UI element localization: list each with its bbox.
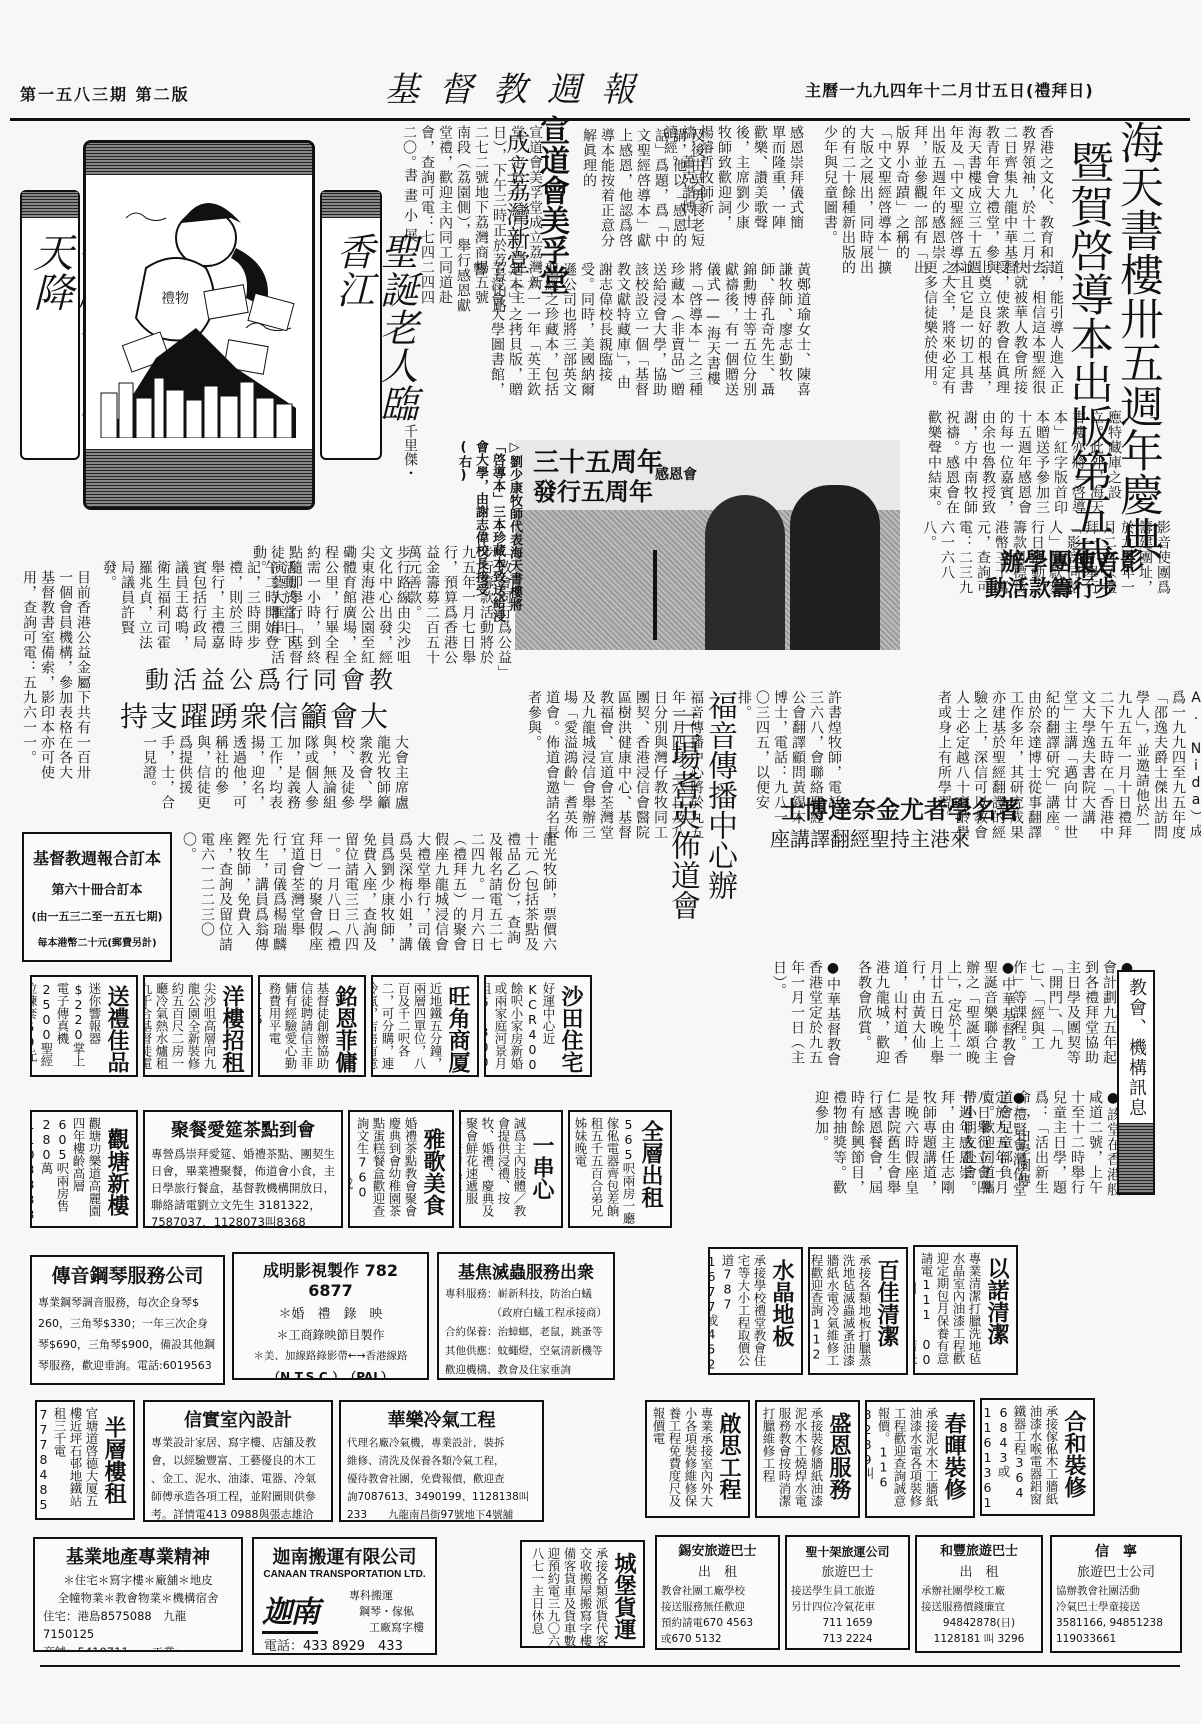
- bound-volume-ad: 基督教週報合訂本 第六十冊合訂本 (由一五三二至一五五七期) 每本港幣二十元(郵…: [22, 832, 172, 962]
- ad-title: 沙田住宅: [555, 985, 586, 1073]
- masthead: 第一五八三期 第二版 基督教週報 主曆一九九四年十二月廿五日(禮拜日): [0, 60, 1201, 120]
- ad-line: 師傅承造各項工程，並附圖則供參: [151, 1488, 325, 1506]
- ad-body: 專業清潔打臘洗地毡水晶室內油漆工程歡迎定期包月保養有意請電111 00 11叫2…: [913, 1252, 982, 1372]
- ad-title: 春暉裝修: [938, 1412, 969, 1500]
- ad-line: （N.T.S.C.） （PAL）: [240, 1367, 421, 1380]
- ad-yage[interactable]: 雅歌美食 婚禮茶點教會聚會慶典到會幼稚園茶點蛋糕餐盒歡迎查詢文生760 4839…: [348, 1110, 454, 1228]
- ad-canaan[interactable]: 迦南搬運有限公司 CANAAN TRANSPORTATION LTD. 迦南 專…: [252, 1537, 437, 1655]
- newspaper-title: 基督教週報: [385, 62, 655, 111]
- ad-half-floor[interactable]: 半層樓租 官塘道啓德大厦五樓近坪石邨地鐵站租三千電 7778485或490219…: [35, 1400, 135, 1520]
- ad-body: 觀塘功樂道高麗園四年樓齡高層605呎兩房售280萬1103333叫9669朱: [30, 1117, 102, 1225]
- ad-body: 承接傢俬木工牆紙油漆水喉電器鋁窗鐵器工程364 6843或 1161361—88…: [980, 1405, 1059, 1513]
- ad-catering[interactable]: 聚餐愛筵茶點到會 專營爲崇拜愛筵、婚禮茶點、團契生日會，畢業禮聚餐，佈道會小食，…: [143, 1110, 343, 1228]
- ad-hefeng-bus[interactable]: 和豐旅遊巴士 出 租 承辦社團學校工廠 接送服務價錢廉宜 94842878(日)…: [915, 1535, 1043, 1653]
- lead-col-c: 及後由吳勇長老短講，他以「感恩的話」爲題，爲「中文聖經啓導本」獻上感恩，他認爲啓…: [580, 128, 706, 248]
- ad-phone: 電話：433 8929 433 3177: [264, 1635, 435, 1655]
- church-news-label: 教會、機構訊息: [1121, 978, 1151, 1118]
- church-building-icon: [1119, 1123, 1153, 1193]
- ad-body: 承接泥水木工牆紙油漆水電各項裝修工程歡迎查詢誠意報價。116 8289叫8848…: [865, 1407, 939, 1515]
- ad-title: 基焦滅蟲服務出衆: [445, 1258, 607, 1283]
- ad-line: 3581166, 94851238: [1056, 1615, 1176, 1631]
- ad-pest[interactable]: 基焦滅蟲服務出衆 專科服務：嶄新科技，防治白蟻 （政府白蟻工程承接商） 合約保養…: [437, 1252, 615, 1380]
- ad-title: 信 寧: [1056, 1541, 1176, 1563]
- bottom-rule: [40, 1665, 1180, 1667]
- ad-title: 盛恩服務: [823, 1412, 854, 1500]
- ad-apartment[interactable]: 洋樓招租 尖沙咀高層向九龍公園全新裝修約五百尺二房一廳冷氣熱水爐租九千合基督徒電…: [143, 975, 253, 1077]
- ad-line: 1128181 叫 3296: [921, 1631, 1037, 1647]
- ad-title: 旺角商厦: [442, 985, 473, 1073]
- ad-line: 會，以經驗豐富、工藝優良的木工: [151, 1452, 325, 1470]
- ad-title: 華樂冷氣工程: [347, 1406, 536, 1432]
- charity-body-4: 目前香港公益金屬下共有一百卅一個會員機構，參加表格在各大基督教書室備索，影印本亦…: [20, 570, 92, 780]
- church-news-5: ●禮賢會灣仔堂定於九五年一月八日舉行立會四十週年感恩崇拜，由主任志剛牧師專題講道…: [812, 1090, 1028, 1200]
- ad-line: 專科服務：嶄新科技，防治白蟻: [445, 1285, 607, 1304]
- ad-line: 住宅：港島8575088 九龍7150125: [43, 1607, 233, 1643]
- ad-line: 琴服務，歡迎垂詢。電話:6019563: [38, 1355, 217, 1376]
- ad-line: 全幢物業＊教會物業＊機構宿舍: [43, 1589, 233, 1607]
- church-news-3: ●中華基督教會香港堂定於九五年一月一日（主日）。: [770, 960, 842, 1070]
- santa-illustration: 禮物: [86, 178, 312, 438]
- ad-gift[interactable]: 送禮佳品 迷你響報器$220掌上電子傳真機2500聖經拉鍊套59元起基督教書室代…: [30, 975, 138, 1077]
- charity-headline-2: 大會籲信衆踴躍支持: [120, 695, 390, 735]
- ad-title: 水晶地板: [766, 1259, 797, 1347]
- person-right: [790, 485, 880, 650]
- ad-flowers[interactable]: 一串心 誠爲主內肢體／教會提供浸禮、按牧、婚禮、慶典及聚會鮮花速遞服務。查詢熱線…: [459, 1110, 563, 1228]
- ad-line: 119033661: [1056, 1631, 1176, 1647]
- right-scroll: 聖誕老人臨香江: [320, 190, 382, 460]
- ad-line: 接送服務無任歡迎: [661, 1599, 774, 1615]
- ad-line: ＊婚 禮 錄 映: [240, 1304, 421, 1325]
- ad-line: 商舖：5410711 工業：7115237: [43, 1643, 233, 1652]
- ad-line: 或670 5132: [661, 1631, 774, 1647]
- ad-title: 合和裝修: [1058, 1410, 1089, 1498]
- ad-maid[interactable]: 銘恩菲傭 基督徒創辦協助信徒聘請信主菲傭有經驗愛心勤務費用平電116 8328叫…: [258, 975, 366, 1077]
- ad-service: 工廠寫字樓: [369, 1619, 424, 1635]
- church-news-2: ●中華基督教會聖誕音樂聯合主辦之「聖誕頌晚上」，定於十二月廿五日晚上舉行，由黃大…: [855, 960, 1017, 1070]
- ad-body: 承接各類地板打臘蒸洗地毡滅蟲滅蚤油漆牆紙水電冷氣維修工程歡迎查詢112 0231…: [808, 1254, 872, 1372]
- ad-title: 百佳清潔: [871, 1259, 902, 1347]
- nida-contact: 許書煌牧師，電話：三六八，會聯絡聖經公會翻譯顧問黃錫木博士，電話：九八一〇三四五…: [735, 690, 843, 830]
- ad-title: 基業地產專業精神: [43, 1543, 233, 1569]
- ad-title: 和豐旅遊巴士: [921, 1541, 1037, 1563]
- ad-body: 婚禮茶點教會聚會慶典到會幼稚園茶點蛋糕餐盒歡迎查詢文生760 4839或112 …: [348, 1117, 418, 1225]
- ad-aircon[interactable]: 華樂冷氣工程 代理名廠冷氣機，專業設計，裝拆 維修、清洗及保養各類冷氣工程， 優…: [339, 1400, 544, 1522]
- ad-body: 承接各類派貨代客交收搬屋搬寫字樓備客貨車及貨車數迎預約電三九〇六八七一主日休息: [529, 1547, 609, 1647]
- ad-title: 聖十架旅運公司: [791, 1541, 904, 1563]
- ad-subtitle: CANAAN TRANSPORTATION LTD.: [260, 1569, 429, 1580]
- ad-line: 代理名廠冷氣機，專業設計，裝拆: [347, 1434, 536, 1452]
- ad-hehe[interactable]: 合和裝修 承接傢俬木工牆紙油漆水喉電器鋁窗鐵器工程364 6843或 11613…: [980, 1398, 1095, 1516]
- ad-line: （政府白蟻工程承接商）: [445, 1304, 607, 1323]
- ad-title: 錫安旅遊巴士: [661, 1541, 774, 1563]
- photo-banner-text-3: 感恩會: [655, 464, 697, 484]
- ad-line: 專業鋼琴調音服務，每次企身琴$: [38, 1292, 217, 1313]
- ad-line: 接送服務價錢廉宜: [921, 1599, 1037, 1615]
- broadcast-headline-1: 福音傳播中心辦: [702, 690, 736, 900]
- ad-body: 專業承接室內外大小各項裝修維修保養工程免費度尺及報價電3510104/11283…: [645, 1407, 714, 1515]
- ad-realestate[interactable]: 基業地產專業精神 ＊住宅＊寫字樓＊廠舖＊地皮 全幢物業＊教會物業＊機構宿舍 住宅…: [33, 1537, 243, 1652]
- ad-castle-freight[interactable]: 城堡貨運 承接各類派貨代客交收搬屋搬寫字樓備客貨車及貨車數迎預約電三九〇六八七一…: [520, 1540, 645, 1648]
- ad-title: 銘恩菲傭: [329, 985, 360, 1073]
- ad-line: 另廿四位冷氣花車: [791, 1599, 904, 1615]
- ad-body: 官塘道啓德大厦五樓近坪石邨地鐵站租三千電 7778485或4902195馮洽: [35, 1407, 99, 1517]
- ad-title: 成明影視製作 782 6877: [240, 1258, 421, 1300]
- ad-body: 基督徒創辦協助信徒聘請信主菲傭有經驗愛心勤務費用平電116 8328叫1890張…: [258, 982, 330, 1074]
- bound-volume-price: 每本港幣二十元(郵費另計): [24, 934, 170, 949]
- canaan-logo: 迦南: [262, 1587, 318, 1634]
- ad-line: 出 租: [921, 1563, 1037, 1583]
- photo-banner-text-2: 發行五周年: [533, 472, 653, 507]
- ad-line: 出 租: [661, 1563, 774, 1583]
- ad-title: 觀塘新樓: [101, 1128, 132, 1216]
- issue-date: 主曆一九九四年十二月廿五日(禮拜日): [805, 78, 1094, 101]
- lead-col-e: 黃鄭道瑜女士、陳喜謙牧師、廖志勤牧師、薛孔奇先生、聶錦勳博士等五位分別獻禱後，有…: [470, 262, 812, 397]
- ceremony-photo: 三十五周年 發行五周年 感恩會: [515, 440, 900, 650]
- ad-line: 歡迎機構、教會及住家垂詢3709236: [445, 1361, 607, 1380]
- yingyin-body: 影音使團爲籌建團址，於九五年一月二日（禮拜一）舉行「影音同路人」籌款步行日活動，…: [920, 520, 1172, 605]
- ad-line: 旅遊巴士: [791, 1563, 904, 1583]
- cartoon-panel: 禮物: [83, 140, 315, 510]
- ad-body: 迷你響報器$220掌上電子傳真機2500聖經拉鍊套59元起基督教書室代售官塘閱覽…: [30, 982, 102, 1074]
- ad-crystal-floor[interactable]: 水晶地板 承接學校禮堂教會住宅等大小工程取價公道787 1677或452 320…: [708, 1247, 803, 1375]
- svg-text:禮物: 禮物: [161, 290, 189, 307]
- ad-shatin[interactable]: 沙田住宅 好運中心近KCR400餘呎小家房新婚或兩家庭河景月租6,300合意弟兄…: [484, 975, 592, 1077]
- ad-holy-cross-bus[interactable]: 聖十架旅運公司 旅遊巴士 接送學生員工旅遊 另廿四位冷氣花車 711 1659 …: [785, 1535, 910, 1650]
- ad-body: 承接學校禮堂教會住宅等大小工程取價公道787 1677或452 3201怡和水晶…: [708, 1254, 767, 1372]
- ad-title: 傳音鋼琴服務公司: [38, 1261, 217, 1288]
- ad-line: 233 九龍南昌街97號地下4號舖: [347, 1506, 536, 1522]
- bound-volume-range: (由一五三二至一五五七期): [24, 908, 170, 924]
- ad-line: ＊住宅＊寫字樓＊廠舖＊地皮: [43, 1571, 233, 1589]
- ad-body: 專營爲崇拜愛筵、婚禮茶點、團契生日會，畢業禮聚餐，佈道會小食，主日學旅行餐盒，基…: [151, 1146, 335, 1228]
- ad-interior-design[interactable]: 信實室內設計 專業設計家居、寫字樓、店舖及教 會，以經驗豐富、工藝優良的木工 、…: [143, 1400, 333, 1522]
- bound-volume-title: 基督教週報合訂本: [24, 846, 170, 869]
- ad-line: 713 2224: [791, 1631, 904, 1647]
- person-left: [705, 495, 785, 650]
- ad-line: 合約保養：治蟑螂，老鼠，跳蚤等: [445, 1323, 607, 1342]
- ad-title: 半層樓租: [98, 1416, 129, 1504]
- ad-service: 鋼琴・傢俬: [359, 1603, 414, 1619]
- bound-volume-subtitle: 第六十冊合訂本: [24, 879, 170, 898]
- church-news-label-box: 教會、機構訊息: [1117, 970, 1155, 1195]
- ad-line: 接送學生員工旅遊: [791, 1583, 904, 1599]
- ad-body: 承接裝修牆紙油漆泥水木工燒焊水電服務教會按時消潔打臘維修工程112 8400叫5…: [755, 1407, 824, 1515]
- ad-title: 聚餐愛筵茶點到會: [151, 1116, 335, 1142]
- ad-line: 260，三角琴$330；一年三次企身: [38, 1313, 217, 1334]
- ad-rental[interactable]: 全層出租 565呎兩房一廳傢俬電器齊包差餉租五千五百合弟兄姊妹晚電3228646…: [568, 1110, 672, 1228]
- lead-col-d: 道，能引導人進入正去，相信這本聖經很快就被華人教會所接受，使衆教會在眞理上奠立良…: [921, 260, 1065, 400]
- ad-kaisi[interactable]: 啟思工程 專業承接室內外大小各項裝修維修保養工程免費度尺及報價電3510104/…: [645, 1400, 750, 1518]
- ad-title: 以諾清潔: [981, 1257, 1012, 1345]
- ad-line: 考。詳情電413 0988與張志雄洽: [151, 1506, 325, 1522]
- ad-title: 信實室內設計: [151, 1406, 325, 1432]
- ad-line: 94842878(日): [921, 1615, 1037, 1631]
- ad-line: 優待教會社團，免費報價，歡迎查: [347, 1470, 536, 1488]
- ad-enoch-cleaning[interactable]: 以諾清潔 專業清潔打臘洗地毡水晶室內油漆工程歡迎定期包月保養有意請電111 00…: [913, 1245, 1018, 1375]
- ad-line: 承辦社團學校工廠: [921, 1583, 1037, 1599]
- ad-service: 專科搬運: [349, 1587, 393, 1603]
- ad-mongkok[interactable]: 旺角商厦 近地鐵五分鐘，兩層四單位，八百及千二呎各二，可分購，連冷氣，吉售有意電…: [371, 975, 479, 1077]
- charity-body-1: 「教會同行爲公益」步行籌款活動將於九五年一月七日舉行，預算爲香港公益金籌募二百五…: [405, 545, 513, 675]
- ad-line: 其他供應：蚊蠅燈，空氣清新機等: [445, 1342, 607, 1361]
- charity-body-3: 活動於當日下午二時開始登記，三時開步禮，則於三時舉行，主禮嘉賓包括行政局議員王葛…: [100, 560, 298, 660]
- ad-baijia-cleaning[interactable]: 百佳清潔 承接各類地板打臘蒸洗地毡滅蟲滅蚤油漆牆紙水電冷氣維修工程歡迎查詢112…: [808, 1247, 908, 1375]
- ad-line: 琴$690，三角琴$900，備設其他鋼: [38, 1334, 217, 1355]
- ad-line: ＊工商錄映節目製作: [240, 1325, 421, 1346]
- broadcast-body: 福音傳播中心將於九五年一月四日、六日及八日分別與灣仔教牧同工團契、香港浸信會醫院…: [525, 690, 705, 840]
- left-scroll: 但願佳音從天降: [20, 190, 80, 460]
- ad-title: 雅歌美食: [417, 1128, 448, 1216]
- charity-headline-1: 教會同行爲公益活動: [145, 660, 397, 695]
- lead-body-lower: 道，能引導人進入正去，相信這本聖經很快就被華人教會所接受，使衆教會在眞理上奠立良…: [775, 260, 1065, 410]
- ad-line: ＊美、加線路錄影帶←→香港線路: [240, 1346, 421, 1367]
- ad-body: 565呎兩房一廳傢俬電器齊包差餉租五千五百合弟兄姊妹晚電3228646馬洽: [568, 1117, 636, 1225]
- ad-title: 迦南搬運有限公司: [260, 1543, 429, 1569]
- charity-body-5: 大會主席盧龍光牧師籲衆教會、學校、及徒參與，無論組隊或個人參加，是義務工作，均表…: [140, 735, 410, 810]
- ad-line: 、金工、泥水、油漆、電器、冷氣: [151, 1470, 325, 1488]
- ad-piano[interactable]: 傳音鋼琴服務公司 專業鋼琴調音服務，每次企身琴$ 260，三角琴$330；一年三…: [30, 1255, 225, 1385]
- ad-line: 詢7087613、3490199、1128138叫: [347, 1488, 536, 1506]
- lead-col-f: 應特藏庫之設立。此外，海天書樓亦將「啓導本」紅字版首印本贈送予參加三十五週年感恩…: [925, 410, 1123, 520]
- ad-title: 送禮佳品: [101, 985, 132, 1073]
- edition-number: 第一五八三期 第二版: [20, 82, 190, 105]
- ad-line: 專業設計家居、寫字樓、店舖及教: [151, 1434, 325, 1452]
- ad-line: 協辦教會社團活動: [1056, 1583, 1176, 1599]
- ad-title: 全層出租: [635, 1120, 666, 1208]
- ad-xinning-bus[interactable]: 信 寧 旅遊巴士公司 協辦教會社團活動 冷氣巴士學童接送 3581166, 94…: [1050, 1535, 1182, 1653]
- event-column: 龍光牧師，票價六十元（包括茶點及禮品乙份），查詢及報名請電五二七二四九。一月六日…: [180, 832, 558, 957]
- ad-kwuntong[interactable]: 觀塘新樓 觀塘功樂道高麗園四年樓齡高層605呎兩房售280萬1103333叫96…: [30, 1110, 138, 1228]
- ad-line: 旅遊巴士公司: [1056, 1563, 1176, 1583]
- xuandao-subhead: 成立荔灣新堂: [502, 130, 530, 274]
- ad-body: 誠爲主內肢體／教會提供浸禮、按牧、婚禮、慶典及聚會鮮花速遞服務。查詢熱線782 …: [459, 1117, 527, 1225]
- microphone: [653, 550, 657, 640]
- ad-title: 城堡貨運: [608, 1552, 639, 1640]
- ad-title: 一串心: [526, 1134, 557, 1200]
- ad-line: 711 1659: [791, 1615, 904, 1631]
- ad-line: 教會社團工廠學校: [661, 1583, 774, 1599]
- ad-body: 好運中心近KCR400餘呎小家房新婚或兩家庭河景月租6,300合意弟兄姊妹請電6…: [484, 982, 556, 1074]
- ad-title: 啟思工程: [713, 1412, 744, 1500]
- ad-body: 近地鐵五分鐘，兩層四單位，八百及千二呎各二，可分購，連冷氣，吉售有意電392 0…: [371, 982, 443, 1074]
- ad-title: 洋樓招租: [216, 985, 247, 1073]
- ad-video[interactable]: 成明影視製作 782 6877 ＊婚 禮 錄 映 ＊工商錄映節目製作 ＊美、加線…: [232, 1252, 429, 1380]
- ad-line: 預約請電670 4563: [661, 1615, 774, 1631]
- ad-zion-bus[interactable]: 錫安旅遊巴士 出 租 教會社團工廠學校 接送服務無任歡迎 預約請電670 456…: [655, 1535, 780, 1650]
- ad-line: 冷氣巴士學童接送: [1056, 1599, 1176, 1615]
- ad-chunhui[interactable]: 春暉裝修 承接泥水木工牆紙油漆水電各項裝修工程歡迎查詢誠意報價。116 8289…: [865, 1400, 975, 1518]
- ad-shengen[interactable]: 盛恩服務 承接裝修牆紙油漆泥水木工燒焊水電服務教會按時消潔打臘維修工程112 8…: [755, 1400, 860, 1518]
- ad-line: 維修、清洗及保養各類冷氣工程，: [347, 1452, 536, 1470]
- cartoon-artist: ・千里傑・: [400, 410, 420, 480]
- ad-body: 尖沙咀高層向九龍公園全新裝修約五百尺二房一廳冷氣熱水爐租九千合基督徒電768 8…: [143, 982, 217, 1074]
